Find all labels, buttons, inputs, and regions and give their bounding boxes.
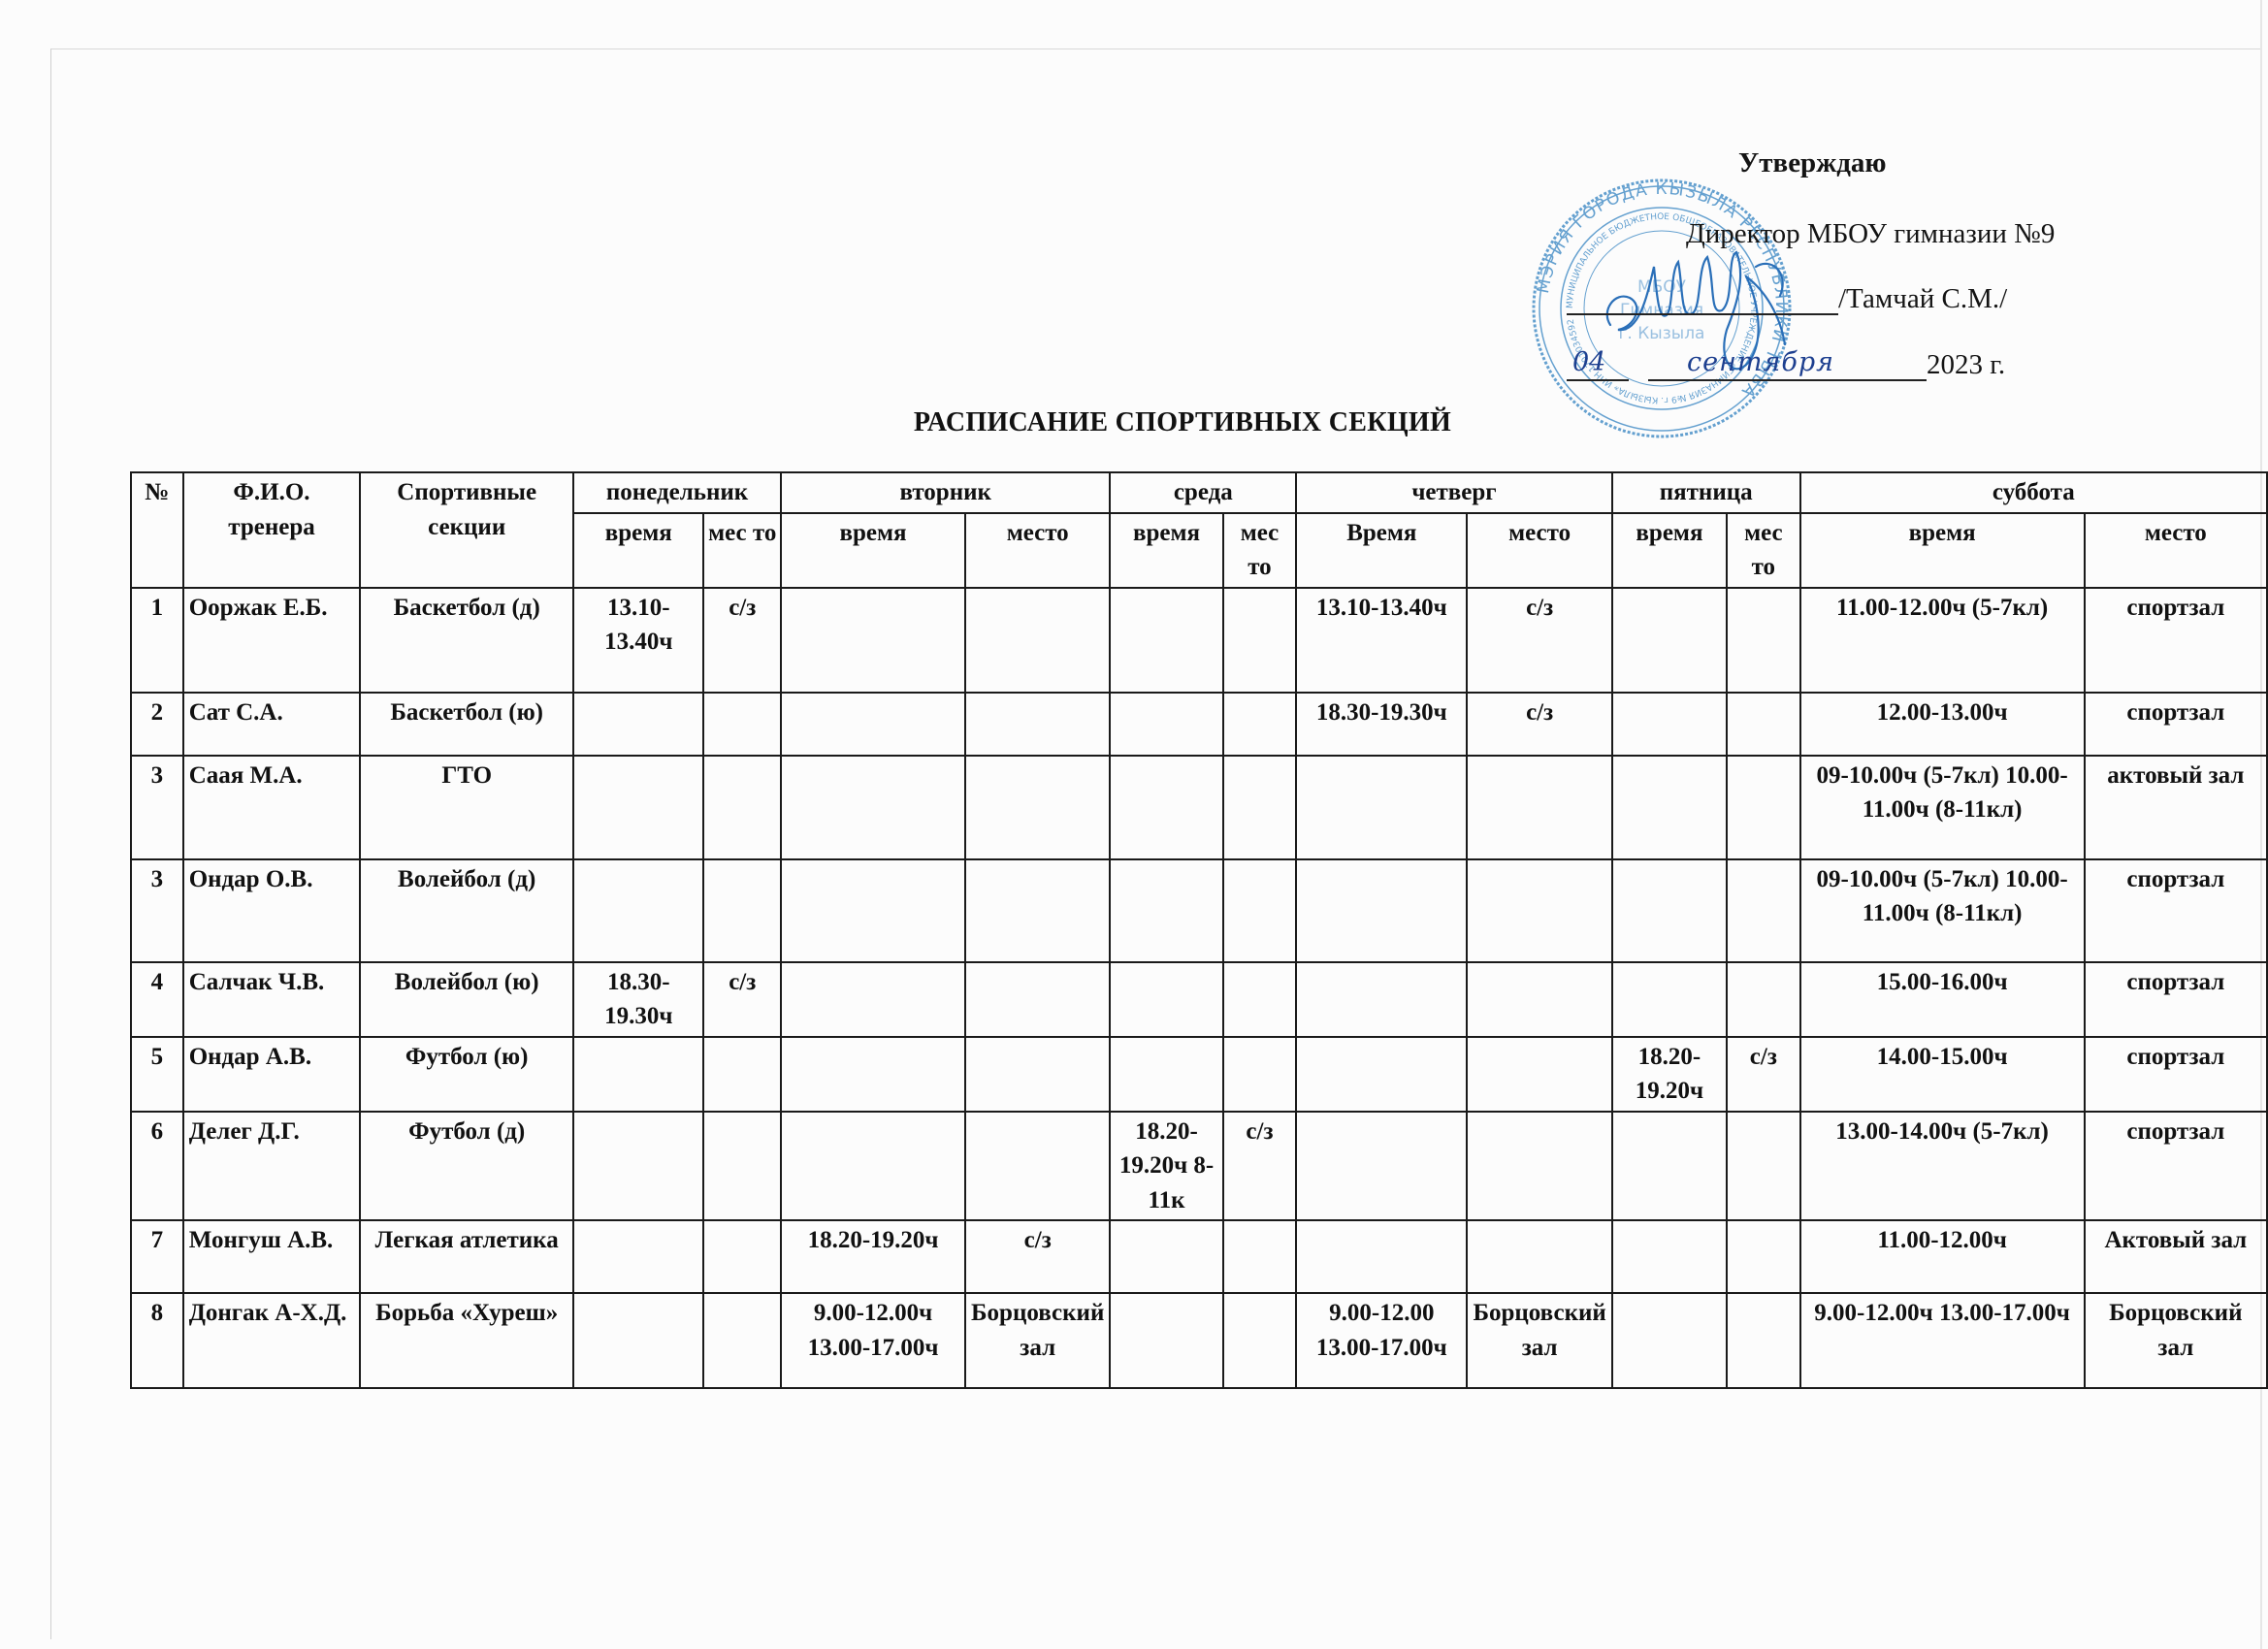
session-time xyxy=(1110,1293,1222,1388)
session-time: 11.00-12.00ч (5-7кл) xyxy=(1800,588,2085,693)
session-time: 09-10.00ч (5-7кл) 10.00-11.00ч (8-11кл) xyxy=(1800,859,2085,962)
session-time xyxy=(1110,1037,1222,1112)
session-time xyxy=(573,1037,703,1112)
header-day-monday: понедельник xyxy=(573,472,781,513)
row-number: 6 xyxy=(131,1112,183,1221)
table-row: 7Монгуш А.В.Легкая атлетика18.20-19.20чс… xyxy=(131,1220,2267,1293)
session-time xyxy=(1612,1220,1727,1293)
row-number: 3 xyxy=(131,756,183,859)
session-time xyxy=(1612,693,1727,756)
approval-date-row: 04 сентября 2023 г. xyxy=(1567,349,2005,381)
session-time xyxy=(573,693,703,756)
session-time: 09-10.00ч (5-7кл) 10.00-11.00ч (8-11кл) xyxy=(1800,756,2085,859)
section-name: Баскетбол (ю) xyxy=(360,693,573,756)
session-place xyxy=(1727,859,1799,962)
header-place: мес то xyxy=(1223,513,1296,588)
session-place xyxy=(1223,1037,1296,1112)
session-time xyxy=(1296,1220,1467,1293)
session-place: спортзал xyxy=(2085,1112,2267,1221)
session-time: 15.00-16.00ч xyxy=(1800,962,2085,1037)
session-time xyxy=(781,693,965,756)
table-row: 2Сат С.А.Баскетбол (ю)18.30-19.30чс/з12.… xyxy=(131,693,2267,756)
session-time xyxy=(1612,859,1727,962)
session-time: 12.00-13.00ч xyxy=(1800,693,2085,756)
session-place xyxy=(965,588,1110,693)
session-time: 18.20-19.20ч xyxy=(1612,1037,1727,1112)
session-time xyxy=(573,756,703,859)
session-time: 13.00-14.00ч (5-7кл) xyxy=(1800,1112,2085,1221)
section-name: Легкая атлетика xyxy=(360,1220,573,1293)
scan-border-top xyxy=(50,48,2262,49)
header-place: место xyxy=(1467,513,1611,588)
session-place: спортзал xyxy=(2085,1037,2267,1112)
session-time xyxy=(1612,962,1727,1037)
session-time xyxy=(1612,588,1727,693)
schedule-body: 1Ооржак Е.Б.Баскетбол (д)13.10-13.40чс/з… xyxy=(131,588,2267,1389)
session-place: с/з xyxy=(703,962,781,1037)
session-time xyxy=(1110,756,1222,859)
row-number: 2 xyxy=(131,693,183,756)
trainer-name: Саая М.А. xyxy=(183,756,361,859)
session-place: спортзал xyxy=(2085,693,2267,756)
section-name: Футбол (д) xyxy=(360,1112,573,1221)
approval-heading: Утверждаю xyxy=(1738,147,1887,179)
session-place xyxy=(703,1293,781,1388)
header-time: Время xyxy=(1296,513,1467,588)
session-time: 9.00-12.00ч 13.00-17.00ч xyxy=(781,1293,965,1388)
section-name: Волейбол (д) xyxy=(360,859,573,962)
header-row-days: № Ф.И.О. тренера Спортивные секции понед… xyxy=(131,472,2267,513)
trainer-name: Ооржак Е.Б. xyxy=(183,588,361,693)
date-year: 2023 г. xyxy=(1927,349,2005,381)
session-place xyxy=(1223,1293,1296,1388)
session-place xyxy=(703,859,781,962)
trainer-name: Монгуш А.В. xyxy=(183,1220,361,1293)
section-name: Борьба «Хуреш» xyxy=(360,1293,573,1388)
session-place: спортзал xyxy=(2085,962,2267,1037)
session-place xyxy=(1467,962,1611,1037)
session-place xyxy=(1727,588,1799,693)
session-place xyxy=(1223,693,1296,756)
header-section: Спортивные секции xyxy=(360,472,573,588)
header-place: мес то xyxy=(703,513,781,588)
header-day-thursday: четверг xyxy=(1296,472,1612,513)
session-place xyxy=(1467,859,1611,962)
session-place xyxy=(1223,1220,1296,1293)
table-row: 3Саая М.А.ГТО09-10.00ч (5-7кл) 10.00-11.… xyxy=(131,756,2267,859)
table-row: 5Ондар А.В.Футбол (ю)18.20-19.20чс/з14.0… xyxy=(131,1037,2267,1112)
table-row: 4Салчак Ч.В.Волейбол (ю)18.30-19.30чс/з1… xyxy=(131,962,2267,1037)
header-time: время xyxy=(1612,513,1727,588)
session-time xyxy=(1612,1293,1727,1388)
date-month: сентября xyxy=(1687,347,1834,377)
session-time xyxy=(1110,693,1222,756)
session-time: 18.20-19.20ч xyxy=(781,1220,965,1293)
row-number: 1 xyxy=(131,588,183,693)
session-time xyxy=(1110,1220,1222,1293)
section-name: Футбол (ю) xyxy=(360,1037,573,1112)
approver-role: Директор МБОУ гимназии №9 xyxy=(1686,218,2055,250)
header-trainer: Ф.И.О. тренера xyxy=(183,472,361,588)
session-place xyxy=(1727,693,1799,756)
session-time xyxy=(1296,1112,1467,1221)
row-number: 4 xyxy=(131,962,183,1037)
session-time xyxy=(1296,1037,1467,1112)
session-time: 9.00-12.00ч 13.00-17.00ч xyxy=(1800,1293,2085,1388)
session-place xyxy=(1727,756,1799,859)
header-place: мес то xyxy=(1727,513,1799,588)
session-place xyxy=(1467,1037,1611,1112)
session-place xyxy=(1223,962,1296,1037)
session-place xyxy=(1223,588,1296,693)
scan-border-left xyxy=(50,48,51,1639)
session-place xyxy=(1467,1112,1611,1221)
session-time xyxy=(573,1112,703,1221)
session-place xyxy=(703,1220,781,1293)
table-row: 8Донгак А-Х.Д.Борьба «Хуреш»9.00-12.00ч … xyxy=(131,1293,2267,1388)
approver-name: /Тамчай С.М./ xyxy=(1838,283,2007,315)
session-time: 13.10-13.40ч xyxy=(573,588,703,693)
table-row: 3Ондар О.В.Волейбол (д)09-10.00ч (5-7кл)… xyxy=(131,859,2267,962)
trainer-name: Делег Д.Г. xyxy=(183,1112,361,1221)
date-day: 04 xyxy=(1572,347,1605,377)
date-month-line: сентября xyxy=(1648,352,1927,381)
sports-schedule-table: № Ф.И.О. тренера Спортивные секции понед… xyxy=(130,471,2268,1389)
session-place xyxy=(703,756,781,859)
session-time xyxy=(1110,859,1222,962)
session-place xyxy=(703,1037,781,1112)
session-time xyxy=(1110,588,1222,693)
session-place xyxy=(965,962,1110,1037)
header-place: место xyxy=(2085,513,2267,588)
header-place: место xyxy=(965,513,1110,588)
session-place: Борцовский зал xyxy=(1467,1293,1611,1388)
header-num: № xyxy=(131,472,183,588)
session-time: 11.00-12.00ч xyxy=(1800,1220,2085,1293)
header-day-wednesday: среда xyxy=(1110,472,1296,513)
session-time xyxy=(573,859,703,962)
document-title: РАСПИСАНИЕ СПОРТИВНЫХ СЕКЦИЙ xyxy=(0,407,2268,438)
table-row: 1Ооржак Е.Б.Баскетбол (д)13.10-13.40чс/з… xyxy=(131,588,2267,693)
row-number: 7 xyxy=(131,1220,183,1293)
session-time: 18.30-19.30ч xyxy=(1296,693,1467,756)
session-time: 18.30-19.30ч xyxy=(573,962,703,1037)
session-place: актовый зал xyxy=(2085,756,2267,859)
header-day-saturday: суббота xyxy=(1800,472,2267,513)
svg-text:г. Кызыла: г. Кызыла xyxy=(1619,324,1705,343)
session-place: с/з xyxy=(965,1220,1110,1293)
session-time xyxy=(781,1112,965,1221)
session-place xyxy=(1727,1112,1799,1221)
session-time xyxy=(781,962,965,1037)
row-number: 8 xyxy=(131,1293,183,1388)
session-time xyxy=(1110,962,1222,1037)
session-place: Актовый зал xyxy=(2085,1220,2267,1293)
date-day-line: 04 xyxy=(1567,352,1629,381)
session-place: с/з xyxy=(703,588,781,693)
row-number: 3 xyxy=(131,859,183,962)
session-time xyxy=(1612,1112,1727,1221)
header-day-friday: пятница xyxy=(1612,472,1800,513)
scanned-page: МЭРИЯ ГОРОДА КЫЗЫЛА РЕСПУБЛИКИ ТЫВА МУНИ… xyxy=(0,0,2268,1649)
trainer-name: Сат С.А. xyxy=(183,693,361,756)
session-place xyxy=(1727,1293,1799,1388)
row-number: 5 xyxy=(131,1037,183,1112)
header-day-tuesday: вторник xyxy=(781,472,1110,513)
header-time: время xyxy=(1110,513,1222,588)
session-place xyxy=(965,693,1110,756)
session-time: 14.00-15.00ч xyxy=(1800,1037,2085,1112)
section-name: Баскетбол (д) xyxy=(360,588,573,693)
session-place: спортзал xyxy=(2085,859,2267,962)
session-place xyxy=(965,756,1110,859)
session-place: с/з xyxy=(1467,693,1611,756)
session-place xyxy=(703,1112,781,1221)
session-time xyxy=(781,588,965,693)
session-time xyxy=(573,1220,703,1293)
session-time xyxy=(1296,962,1467,1037)
trainer-name: Донгак А-Х.Д. xyxy=(183,1293,361,1388)
session-place xyxy=(1727,1220,1799,1293)
session-place xyxy=(965,1037,1110,1112)
session-time: 13.10-13.40ч xyxy=(1296,588,1467,693)
header-time: время xyxy=(781,513,965,588)
session-time: 9.00-12.00 13.00-17.00ч xyxy=(1296,1293,1467,1388)
session-place xyxy=(1727,962,1799,1037)
session-time xyxy=(573,1293,703,1388)
section-name: ГТО xyxy=(360,756,573,859)
session-time xyxy=(1612,756,1727,859)
session-place: с/з xyxy=(1727,1037,1799,1112)
signature-line xyxy=(1567,286,1838,315)
session-place xyxy=(703,693,781,756)
session-place xyxy=(1223,756,1296,859)
session-place: Борцовский зал xyxy=(2085,1293,2267,1388)
session-time xyxy=(781,859,965,962)
session-place xyxy=(965,859,1110,962)
session-place: Борцовский зал xyxy=(965,1293,1110,1388)
approver-signature-row: /Тамчай С.М./ xyxy=(1567,283,2007,315)
session-time: 18.20-19.20ч 8-11к xyxy=(1110,1112,1222,1221)
session-place xyxy=(1223,859,1296,962)
session-time xyxy=(1296,859,1467,962)
trainer-name: Ондар А.В. xyxy=(183,1037,361,1112)
trainer-name: Ондар О.В. xyxy=(183,859,361,962)
session-place xyxy=(1467,756,1611,859)
session-place: с/з xyxy=(1467,588,1611,693)
session-time xyxy=(781,756,965,859)
session-place xyxy=(1467,1220,1611,1293)
trainer-name: Салчак Ч.В. xyxy=(183,962,361,1037)
section-name: Волейбол (ю) xyxy=(360,962,573,1037)
header-time: время xyxy=(1800,513,2085,588)
session-place xyxy=(965,1112,1110,1221)
session-place: с/з xyxy=(1223,1112,1296,1221)
session-place: спортзал xyxy=(2085,588,2267,693)
session-time xyxy=(781,1037,965,1112)
table-row: 6Делег Д.Г.Футбол (д)18.20-19.20ч 8-11кс… xyxy=(131,1112,2267,1221)
header-time: время xyxy=(573,513,703,588)
session-time xyxy=(1296,756,1467,859)
